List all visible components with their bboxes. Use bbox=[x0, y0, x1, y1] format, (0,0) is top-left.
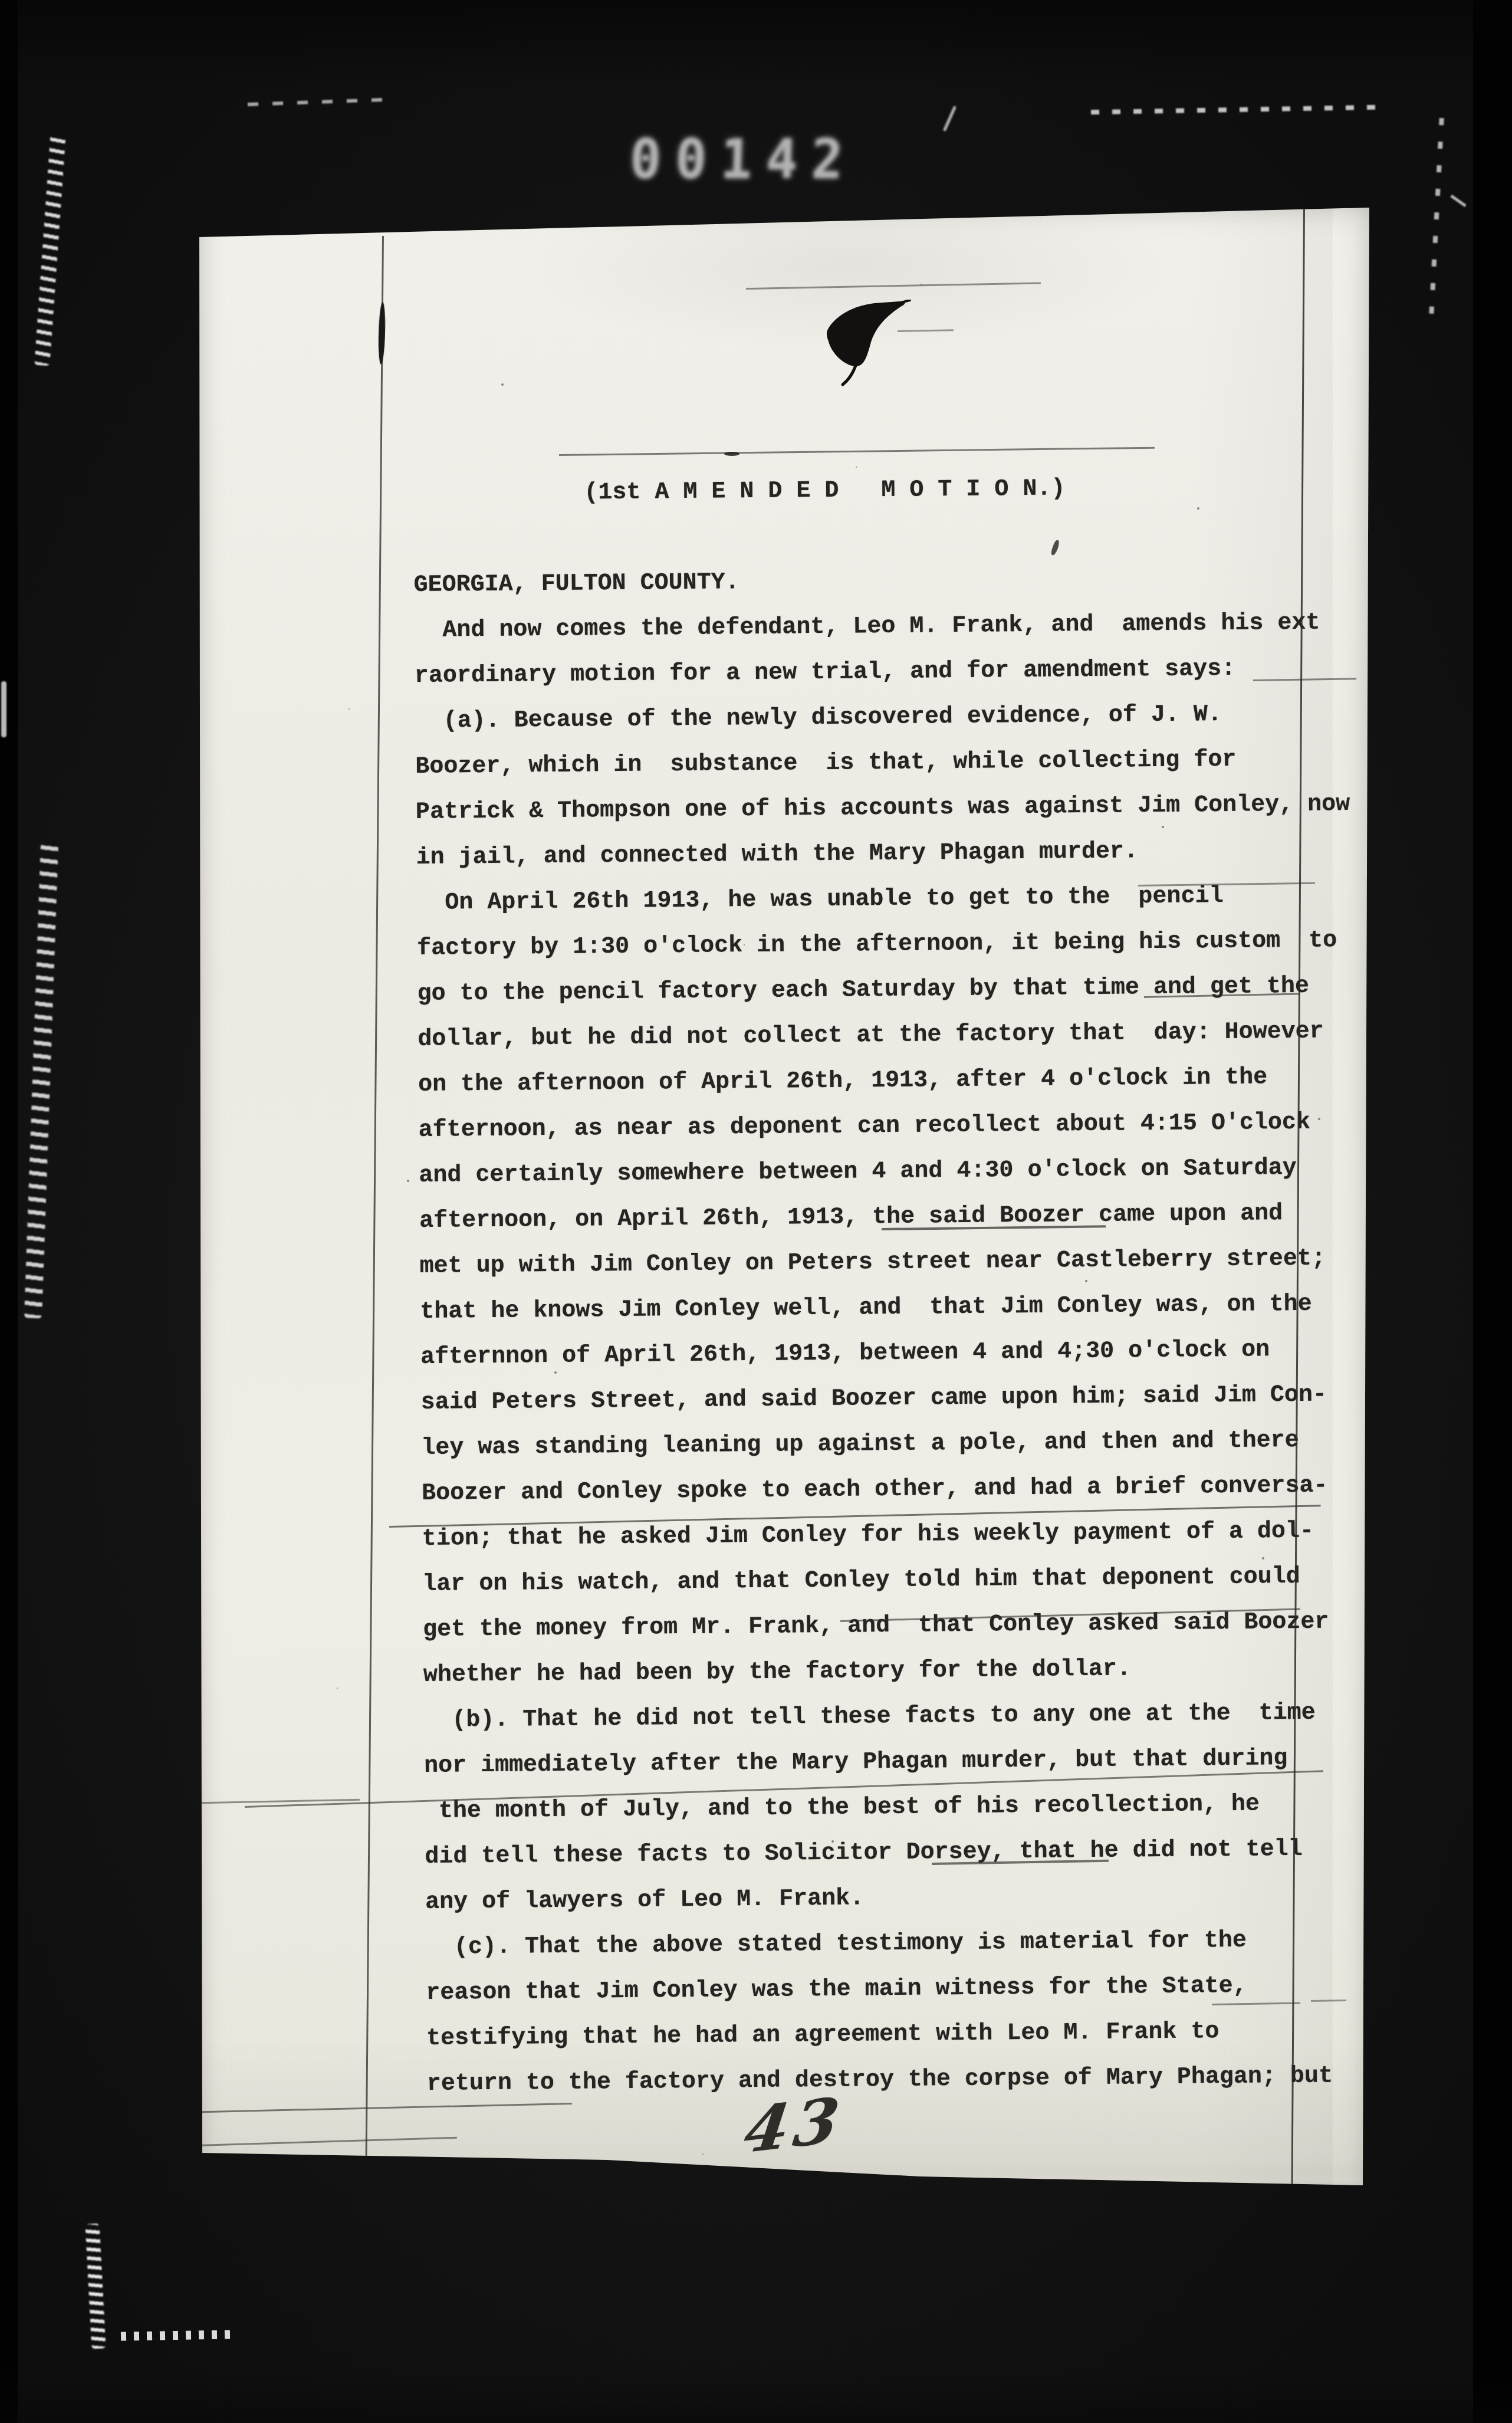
typed-text-block: (1st A M E N D E D M O T I O N.) GEORGIA… bbox=[413, 464, 1370, 2107]
film-shadow-top bbox=[0, 0, 1512, 88]
film-scratch-blip bbox=[1, 681, 6, 737]
typed-line: dollar, but he did not collect at the fa… bbox=[418, 1009, 1362, 1062]
microfilm-scan: { "film": { "frame_stamp": "00142" }, "p… bbox=[0, 0, 1512, 2423]
jurisdiction-line: GEORGIA, FULTON COUNTY. bbox=[413, 554, 1357, 608]
arrow-ink-blot bbox=[817, 300, 911, 391]
typed-line: lar on his watch, and that Conley told h… bbox=[422, 1554, 1366, 1607]
scratch-line bbox=[559, 447, 1155, 456]
typed-line: whether he had been by the factory for t… bbox=[423, 1644, 1367, 1698]
typed-line: afternoon, on April 26th, 1913, the said… bbox=[419, 1190, 1363, 1244]
typed-line: nor immediately after the Mary Phagan mu… bbox=[424, 1735, 1368, 1789]
typed-line: Patrick & Thompson one of his accounts w… bbox=[416, 782, 1360, 835]
typed-line: return to the factory and destroy the co… bbox=[427, 2053, 1371, 2107]
typed-line: testifying that he had an agreement with… bbox=[426, 2008, 1370, 2061]
handwritten-page-number: 43 bbox=[740, 2083, 848, 2168]
typed-line: in jail, and connected with the Mary Pha… bbox=[416, 827, 1360, 881]
typed-line: (b). That he did not tell these facts to… bbox=[423, 1690, 1368, 1744]
document-page: (1st A M E N D E D M O T I O N.) GEORGIA… bbox=[195, 201, 1374, 2194]
typed-line: Boozer, which in substance is that, whil… bbox=[415, 736, 1359, 790]
film-scratch-dashes bbox=[1429, 118, 1444, 316]
typed-line: go to the pencil factory each Saturday b… bbox=[417, 963, 1361, 1017]
film-scratch-dashes bbox=[1091, 105, 1380, 115]
typed-line: (c). That the above stated testimony is … bbox=[426, 1917, 1370, 1971]
typed-line: said Peters Street, and said Boozer came… bbox=[420, 1372, 1365, 1426]
typed-line: raordinary motion for a new trial, and f… bbox=[415, 645, 1359, 699]
typed-line: the month of July, and to the best of hi… bbox=[424, 1781, 1368, 1834]
film-edge-right bbox=[1473, 0, 1512, 2423]
typed-line: did tell these facts to Solicitor Dorsey… bbox=[425, 1826, 1369, 1880]
typed-line: get the money from Mr. Frank, and that C… bbox=[423, 1599, 1367, 1653]
film-edge-left bbox=[0, 0, 18, 2423]
typed-line: tion; that he asked Jim Conley for his w… bbox=[422, 1508, 1366, 1562]
film-scratch bbox=[24, 843, 58, 1319]
film-scratch-dashes bbox=[248, 98, 386, 106]
film-scratch-dots bbox=[121, 2330, 230, 2340]
typed-line: afternnon of April 26th, 1913, between 4… bbox=[420, 1327, 1365, 1380]
frame-counter-stamp: 00142 bbox=[629, 127, 858, 191]
film-scratch-tick bbox=[1450, 195, 1466, 207]
typed-line: met up with Jim Conley on Peters street … bbox=[419, 1236, 1363, 1289]
typed-line: ley was standing leaning up against a po… bbox=[421, 1417, 1365, 1471]
film-scratch bbox=[34, 133, 65, 366]
typed-line: (a). Because of the newly discovered evi… bbox=[415, 691, 1359, 744]
dust-specks bbox=[195, 201, 197, 203]
ink-dot bbox=[724, 452, 739, 456]
typed-line: any of lawyers of Leo M. Frank. bbox=[425, 1872, 1369, 1925]
typed-line: And now comes the defendant, Leo M. Fran… bbox=[414, 600, 1358, 654]
stamp-tick-mark bbox=[943, 106, 956, 132]
typed-line: afternoon, as near as deponent can recol… bbox=[418, 1099, 1362, 1153]
document-title: (1st A M E N D E D M O T I O N.) bbox=[413, 464, 1357, 517]
typed-line: on the afternoon of April 26th, 1913, af… bbox=[418, 1054, 1362, 1108]
typed-line: and certainly somewhere between 4 and 4:… bbox=[419, 1145, 1363, 1199]
typed-line: factory by 1:30 o'clock in the afternoon… bbox=[417, 918, 1361, 971]
film-scratch bbox=[85, 2224, 106, 2349]
typed-body: And now comes the defendant, Leo M. Fran… bbox=[414, 600, 1370, 2107]
film-shadow-bottom bbox=[0, 2370, 1512, 2423]
ink-blot bbox=[378, 302, 386, 365]
typed-line: that he knows Jim Conley well, and that … bbox=[420, 1281, 1364, 1335]
left-margin-rule bbox=[366, 236, 384, 2156]
typed-line: reason that Jim Conley was the main witn… bbox=[426, 1962, 1370, 2016]
typed-line: On April 26th 1913, he was unable to get… bbox=[416, 872, 1360, 926]
blank-line bbox=[413, 509, 1357, 563]
